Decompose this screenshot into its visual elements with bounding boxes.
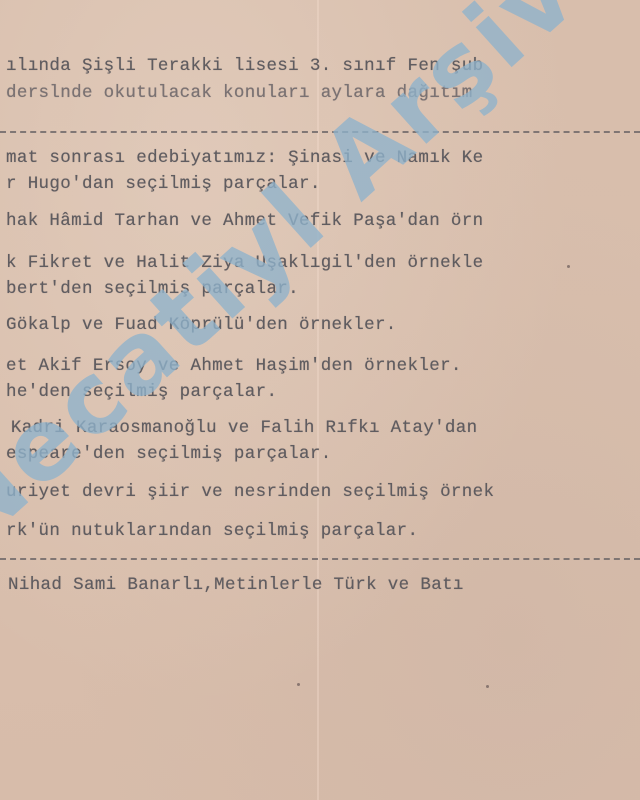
item-5-line-1: et Akif Ersoy ve Ahmet Haşim'den örnekle… (6, 356, 462, 376)
header-divider (0, 131, 640, 133)
item-6-line-1: Kadri Karaosmanoğlu ve Falih Rıfkı Atay'… (0, 418, 477, 438)
paper-speck (486, 685, 489, 688)
header-line-2: derslnde okutulacak konuları aylara dağı… (6, 83, 473, 103)
footer-divider (0, 558, 640, 560)
item-1-line-2: r Hugo'dan seçilmiş parçalar. (6, 174, 321, 194)
scanned-document-page: ılında Şişli Terakki lisesi 3. sınıf Fen… (0, 0, 640, 800)
item-2-line-1: hak Hâmid Tarhan ve Ahmet Vefik Paşa'dan… (6, 211, 483, 231)
item-3-line-2: bert'den seçilmiş parçalar. (6, 279, 299, 299)
item-6-line-2: espeare'den seçilmiş parçalar. (6, 444, 332, 464)
item-8-line-1: rk'ün nutuklarından seçilmiş parçalar. (6, 521, 418, 541)
item-7-line-1: uriyet devri şiir ve nesrinden seçilmiş … (6, 482, 494, 502)
item-5-line-2: he'den seçilmiş parçalar. (6, 382, 277, 402)
item-1-line-1: mat sonrası edebiyatımız: Şinasi ve Namı… (6, 148, 483, 168)
paper-fold-line (317, 0, 319, 800)
paper-speck (297, 683, 300, 686)
footer-reference: Nihad Sami Banarlı,Metinlerle Türk ve Ba… (8, 575, 475, 595)
header-line-1: ılında Şişli Terakki lisesi 3. sınıf Fen… (6, 56, 483, 76)
item-4-line-1: Gökalp ve Fuad Köprülü'den örnekler. (6, 315, 397, 335)
paper-speck (567, 265, 570, 268)
item-3-line-1: k Fikret ve Halit Ziya Uşaklıgil'den örn… (6, 253, 483, 273)
